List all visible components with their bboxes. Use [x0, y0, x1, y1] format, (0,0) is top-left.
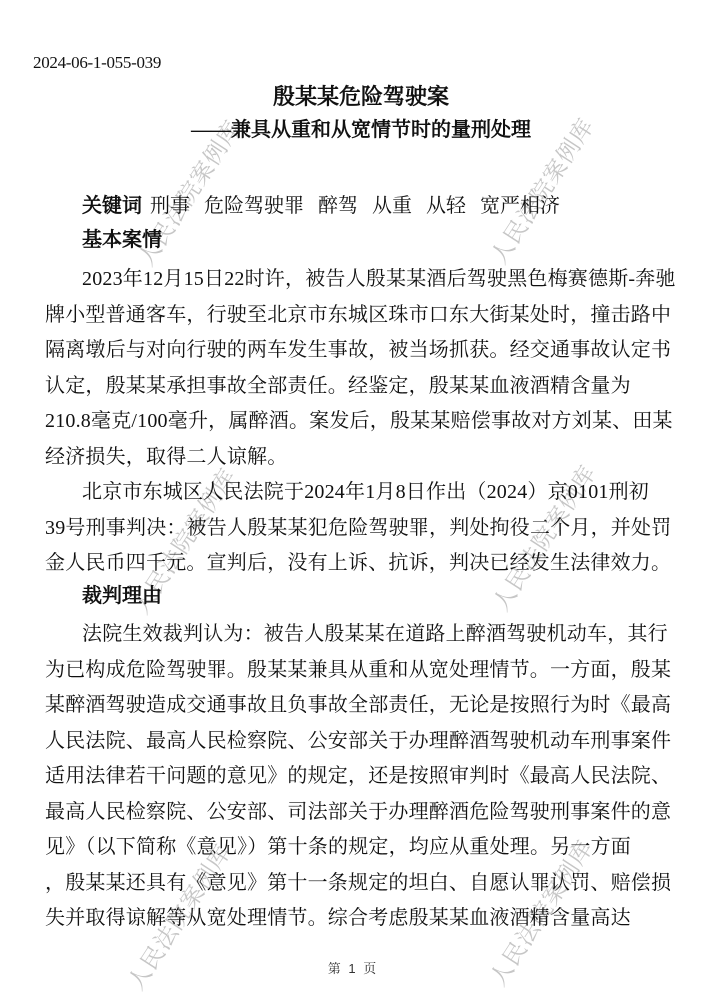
body-line: 认定，殷某某承担事故全部责任。经鉴定，殷某某血液酒精含量为	[45, 369, 677, 405]
body-line: 210.8毫克/100毫升，属醉酒。案发后，殷某某赔偿事故对方刘某、田某	[45, 404, 677, 440]
section-heading-reasoning: 裁判理由	[82, 582, 162, 610]
keyword-item: 醉驾	[318, 195, 358, 217]
body-line: 为已构成危险驾驶罪。殷某某兼具从重和从宽处理情节。一方面，殷某	[45, 653, 677, 689]
body-line: 人民法院、最高人民检察院、公安部关于办理醉酒驾驶机动车刑事案件	[45, 724, 677, 760]
keyword-item: 从重	[372, 195, 412, 217]
section-heading-basic-facts: 基本案情	[82, 226, 162, 254]
body-line: 隔离墩后与对向行驶的两车发生事故，被当场抓获。经交通事故认定书	[45, 333, 677, 369]
keywords-row: 关键词刑事危险驾驶罪醉驾从重从轻宽严相济	[82, 192, 677, 220]
body-line: 某醉酒驾驶造成交通事故且负事故全部责任，无论是按照行为时《最高	[45, 688, 677, 724]
body-line: ，殷某某还具有《意见》第十一条规定的坦白、自愿认罪认罚、赔偿损	[45, 866, 677, 902]
keyword-item: 从轻	[426, 195, 466, 217]
case-subtitle: ——兼具从重和从宽情节时的量刑处理	[45, 116, 677, 144]
body-line: 失并取得谅解等从宽处理情节。综合考虑殷某某血液酒精含量高达	[45, 901, 677, 937]
keyword-item: 宽严相济	[480, 195, 560, 217]
body-line: 北京市东城区人民法院于2024年1月8日作出（2024）京0101刑初	[45, 475, 677, 511]
body-line: 2023年12月15日22时许，被告人殷某某酒后驾驶黑色梅赛德斯-奔驰	[45, 262, 677, 298]
keyword-item: 刑事	[150, 195, 190, 217]
basic-facts-paragraphs: 2023年12月15日22时许，被告人殷某某酒后驾驶黑色梅赛德斯-奔驰 牌小型普…	[45, 262, 677, 582]
body-line: 经济损失，取得二人谅解。	[45, 440, 677, 476]
body-line: 适用法律若干问题的意见》的规定，还是按照审判时《最高人民法院、	[45, 759, 677, 795]
case-title: 殷某某危险驾驶案	[45, 82, 677, 112]
case-number: 2024-06-1-055-039	[33, 51, 161, 75]
keyword-item: 危险驾驶罪	[204, 195, 304, 217]
body-line: 金人民币四千元。宣判后，没有上诉、抗诉，判决已经发生法律效力。	[45, 546, 677, 582]
body-line: 39号刑事判决：被告人殷某某犯危险驾驶罪，判处拘役二个月，并处罚	[45, 511, 677, 547]
keywords-label: 关键词	[82, 195, 142, 217]
document-page: 人民法院案例库 人民法院案例库 人民法院案例库 人民法院案例库 人民法院案例库 …	[0, 0, 706, 999]
reasoning-paragraphs: 法院生效裁判认为：被告人殷某某在道路上醉酒驾驶机动车，其行 为已构成危险驾驶罪。…	[45, 617, 677, 937]
body-line: 法院生效裁判认为：被告人殷某某在道路上醉酒驾驶机动车，其行	[45, 617, 677, 653]
body-line: 牌小型普通客车，行驶至北京市东城区珠市口东大街某处时，撞击路中	[45, 298, 677, 334]
body-line: 见》（以下简称《意见》）第十条的规定，均应从重处理。另一方面	[45, 830, 677, 866]
page-number: 第 1 页	[0, 958, 706, 977]
body-line: 最高人民检察院、公安部、司法部关于办理醉酒危险驾驶刑事案件的意	[45, 795, 677, 831]
